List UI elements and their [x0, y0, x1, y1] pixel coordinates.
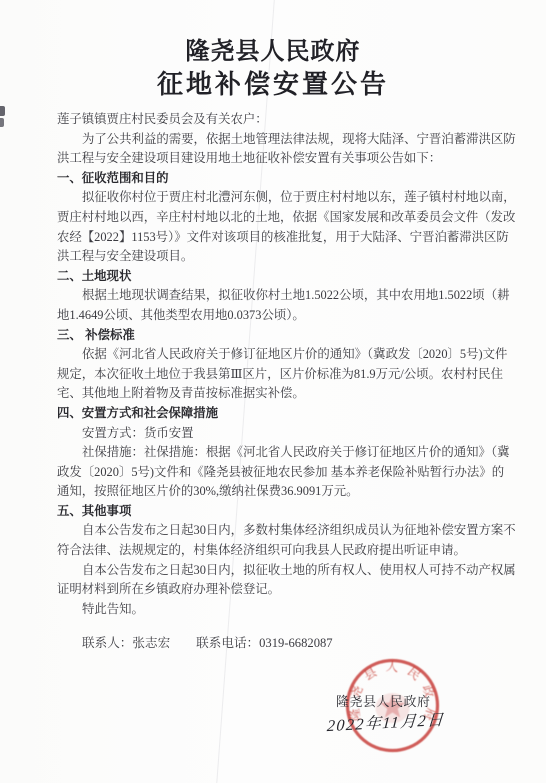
doc-line: 自本公告发布之日起30日内，多数村集体经济组织成员认为征地补偿安置方案不 [57, 521, 517, 541]
doc-line: 社保措施：社保措施：根据《河北省人民政府关于修订征地区片价的通知》（冀 [57, 443, 517, 463]
document-page: 隆尧县人民政府 征地补偿安置公告 莲子镇镇贾庄村民委员会及有关农户： 为了公共利… [0, 0, 546, 783]
document-body: 莲子镇镇贾庄村民委员会及有关农户： 为了公共利益的需要，依据土地管理法律法规，现… [57, 110, 517, 619]
document-title: 隆尧县人民政府 征地补偿安置公告 [0, 37, 546, 100]
doc-line: 规定，本次征收土地位于我县第Ⅲ区片，区片价标准为81.9万元/公顷。农村村民住 [57, 365, 517, 385]
page-title-line1: 隆尧县人民政府 [0, 37, 546, 67]
doc-line: 宅、其他地上附着物及青苗按标准据实补偿。 [57, 384, 517, 404]
doc-line: 通知，按照征地区片价的30%,缴纳社保费36.9091万元。 [57, 482, 517, 502]
doc-line: 洪工程与安全建设项目建设用地土地征收补偿安置有关事项公告如下： [57, 149, 517, 169]
doc-line: 特此告知。 [57, 600, 517, 620]
doc-line: 洪工程与安全建设项目。 [57, 247, 517, 267]
doc-line: 自本公告发布之日起30日内，拟征收土地的所有权人、使用权人可持不动产权属 [57, 561, 517, 581]
section-heading-1: 一、征收范围和目的 [57, 169, 517, 189]
doc-line: 证明材料到所在乡镇政府办理补偿登记。 [57, 580, 517, 600]
doc-line: 依据《河北省人民政府关于修订征地区片价的通知》（冀政发〔2020〕5号)文件 [57, 345, 517, 365]
section-heading-4: 四、安置方式和社会保障措施 [57, 404, 517, 424]
section-heading-3: 三、 补偿标准 [57, 326, 517, 346]
doc-line: 贾庄村村地以西，辛庄村村地以北的土地，依据《国家发展和改革委员会文件（发改 [57, 208, 517, 228]
contact-person: 联系人：张志宏 [82, 636, 170, 650]
contact-phone: 联系电话：0319-6682087 [196, 636, 332, 650]
doc-line: 安置方式：货币安置 [57, 424, 517, 444]
doc-line: 政发〔2020〕5号)文件和《隆尧县被征地农民参加 基本养老保险补贴暂行办法》的 [57, 463, 517, 483]
doc-line: 拟征收你村位于贾庄村北澧河东侧，位于贾庄村村地以东，莲子镇村村地以南， [57, 188, 517, 208]
section-heading-2: 二、土地现状 [57, 267, 517, 287]
doc-line: 符合法律、法规规定的，村集体经济组织可向我县人民政府提出听证申请。 [57, 541, 517, 561]
doc-line: 根据土地现状调查结果，拟征收你村土地1.5022公顷，其中农用地1.5022顷（… [57, 286, 517, 306]
doc-line: 地1.4649公顷、其他类型农用地0.0373公顷）。 [57, 306, 517, 326]
contact-line: 联系人：张志宏联系电话：0319-6682087 [82, 632, 333, 651]
doc-line: 为了公共利益的需要，依据土地管理法律法规，现将大陆泽、宁晋泊蓄滞洪区防 [57, 130, 517, 150]
section-heading-5: 五、其他事项 [57, 502, 517, 522]
issuer-name: 隆尧县人民政府 [336, 691, 431, 710]
scan-artifact [0, 106, 5, 116]
scan-artifact [0, 118, 4, 127]
page-title-line2: 征地补偿安置公告 [0, 68, 546, 100]
doc-line: 农经【2022】1153号）》文件对该项目的核准批复，用于大陆泽、宁晋泊蓄滞洪区… [57, 228, 517, 248]
salutation: 莲子镇镇贾庄村民委员会及有关农户： [57, 110, 517, 130]
